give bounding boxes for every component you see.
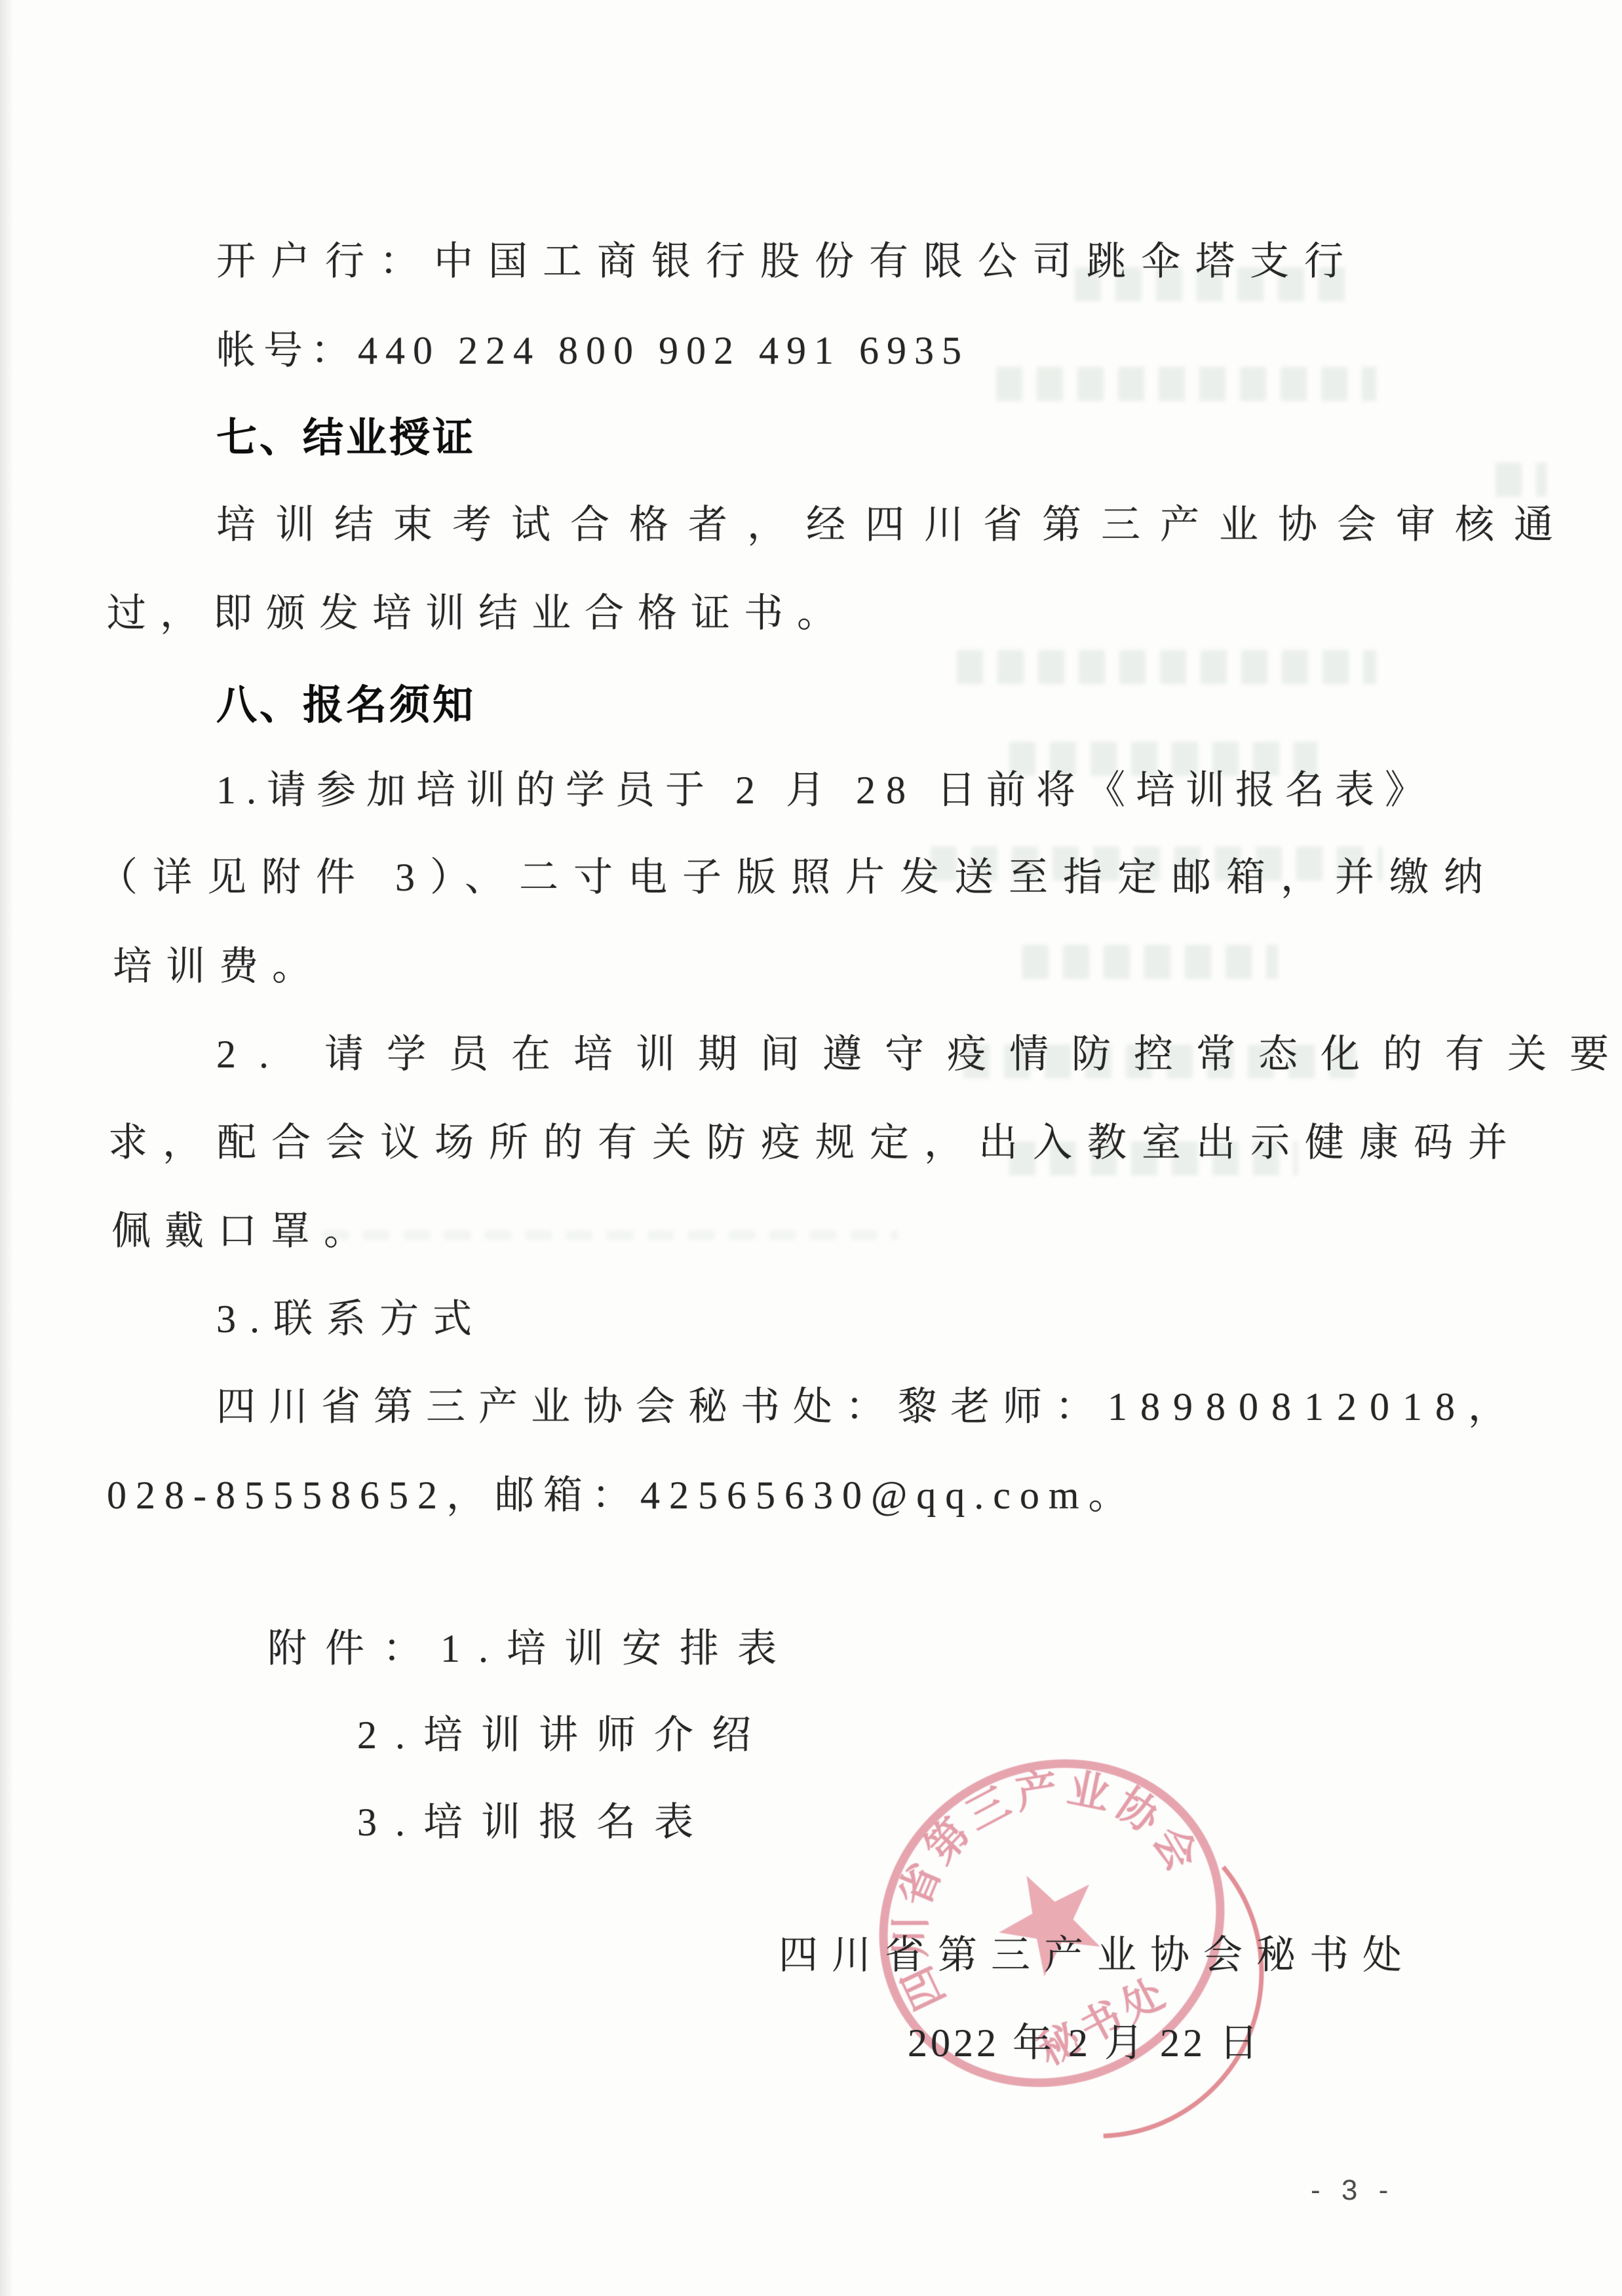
notice-item-1-line: （详见附件 3）、二寸电子版照片发送至指定邮箱，并缴纳	[98, 856, 1498, 899]
attachment-list-item: 附件：1.培训安排表	[267, 1627, 795, 1670]
notice-item-3-line: 3.联系方式	[216, 1297, 486, 1341]
bleed-through	[996, 367, 1376, 401]
account-number-line: 帐号：440 224 800 902 491 6935	[216, 329, 969, 372]
paragraph-line: 培训结束考试合格者，经四川省第三产业协会审核通	[216, 503, 1573, 546]
scan-edge-shadow	[0, 0, 13, 2296]
attachment-list-item: 3.培训报名表	[357, 1801, 712, 1844]
paragraph-line: 过，即颁发培训结业合格证书。	[107, 592, 850, 635]
section-heading-8: 八、报名须知	[216, 684, 476, 727]
bleed-through	[957, 650, 1376, 684]
notice-item-2-line: 2. 请学员在培训期间遵守疫情防控常态化的有关要	[216, 1033, 1622, 1076]
page-number: - 3 -	[1311, 2174, 1395, 2207]
notice-item-1-line: 1.请参加培训的学员于 2 月 28 日前将《培训报名表》	[216, 769, 1435, 812]
contact-line: 028-85558652，邮箱：42565630@qq.com。	[107, 1474, 1137, 1517]
signature-date: 2022 年 2 月 22 日	[908, 2012, 1262, 2068]
section-heading-7: 七、结业授证	[216, 417, 476, 460]
scanned-document-page: 开户行：中国工商银行股份有限公司跳伞塔支行 帐号：440 224 800 902…	[0, 0, 1622, 2296]
bank-name-line: 开户行：中国工商银行股份有限公司跳伞塔支行	[216, 240, 1359, 283]
notice-item-2-line: 佩戴口罩。	[111, 1210, 377, 1253]
attachment-list-item: 2.培训讲师介绍	[357, 1713, 769, 1757]
notice-item-1-line: 培训费。	[113, 945, 325, 988]
signature-org: 四川省第三产业协会秘书处	[779, 1924, 1416, 1980]
bleed-through	[1496, 463, 1547, 497]
contact-line: 四川省第三产业协会秘书处：黎老师：18980812018，	[216, 1385, 1520, 1428]
notice-item-2-line: 求，配合会议场所的有关防疫规定，出入教室出示健康码并	[108, 1121, 1522, 1164]
bleed-through	[1022, 945, 1278, 979]
